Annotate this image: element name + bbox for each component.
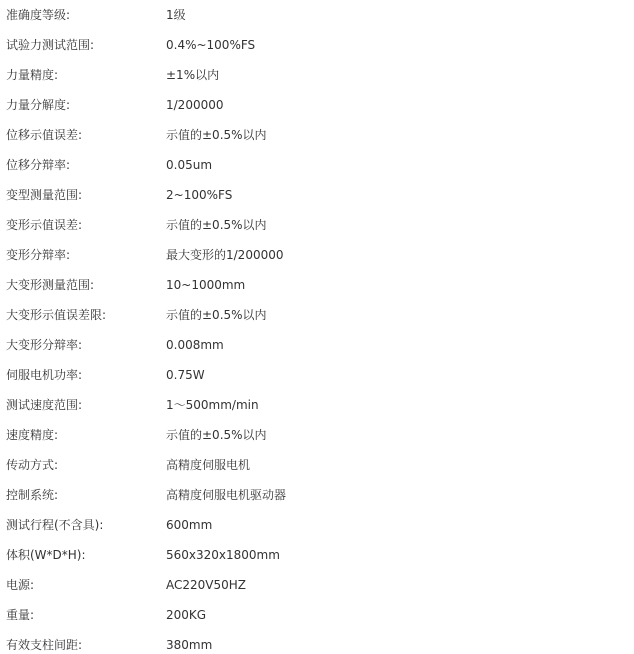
spec-label: 试验力测试范围:	[6, 30, 94, 60]
spec-row-force-accuracy: 力量精度: ±1%以内	[0, 60, 634, 90]
spec-row-displacement-error: 位移示值误差: 示值的±0.5%以内	[0, 120, 634, 150]
spec-label: 体积(W*D*H):	[6, 540, 86, 570]
spec-value: 200KG	[166, 600, 206, 630]
spec-label: 电源:	[6, 570, 34, 600]
spec-label: 变形示值误差:	[6, 210, 82, 240]
spec-value: 380mm	[166, 630, 212, 654]
spec-value: ±1%以内	[166, 60, 219, 90]
spec-value: AC220V50HZ	[166, 570, 246, 600]
spec-row-control-system: 控制系统: 高精度伺服电机驱动器	[0, 480, 634, 510]
spec-label: 位移分辩率:	[6, 150, 70, 180]
spec-row-column-spacing: 有效支柱间距: 380mm	[0, 630, 634, 654]
spec-table: 准确度等级: 1级 试验力测试范围: 0.4%~100%FS 力量精度: ±1%…	[0, 0, 634, 654]
spec-row-displacement-resolution: 位移分辩率: 0.05um	[0, 150, 634, 180]
spec-label: 大变形示值误差限:	[6, 300, 106, 330]
spec-row-accuracy-class: 准确度等级: 1级	[0, 0, 634, 30]
spec-value: 560x320x1800mm	[166, 540, 280, 570]
spec-row-large-deformation-range: 大变形测量范围: 10~1000mm	[0, 270, 634, 300]
spec-row-speed-accuracy: 速度精度: 示值的±0.5%以内	[0, 420, 634, 450]
spec-label: 传动方式:	[6, 450, 58, 480]
spec-row-large-deformation-error: 大变形示值误差限: 示值的±0.5%以内	[0, 300, 634, 330]
spec-label: 速度精度:	[6, 420, 58, 450]
spec-value: 最大变形的1/200000	[166, 240, 284, 270]
spec-label: 伺服电机功率:	[6, 360, 82, 390]
spec-label: 准确度等级:	[6, 0, 70, 30]
spec-value: 示值的±0.5%以内	[166, 300, 267, 330]
spec-value: 示值的±0.5%以内	[166, 210, 267, 240]
spec-value: 0.75W	[166, 360, 205, 390]
spec-value: 0.05um	[166, 150, 212, 180]
spec-value: 示值的±0.5%以内	[166, 120, 267, 150]
spec-row-weight: 重量: 200KG	[0, 600, 634, 630]
spec-value: 1～500mm/min	[166, 390, 259, 420]
spec-label: 大变形测量范围:	[6, 270, 94, 300]
spec-label: 测试速度范围:	[6, 390, 82, 420]
spec-value: 高精度伺服电机驱动器	[166, 480, 286, 510]
spec-label: 大变形分辩率:	[6, 330, 82, 360]
spec-row-test-stroke: 测试行程(不含具): 600mm	[0, 510, 634, 540]
spec-row-deformation-range: 变型测量范围: 2~100%FS	[0, 180, 634, 210]
spec-row-large-deformation-resolution: 大变形分辩率: 0.008mm	[0, 330, 634, 360]
spec-row-servo-power: 伺服电机功率: 0.75W	[0, 360, 634, 390]
spec-label: 力量分解度:	[6, 90, 70, 120]
spec-row-dimensions: 体积(W*D*H): 560x320x1800mm	[0, 540, 634, 570]
spec-row-force-range: 试验力测试范围: 0.4%~100%FS	[0, 30, 634, 60]
spec-row-deformation-error: 变形示值误差: 示值的±0.5%以内	[0, 210, 634, 240]
spec-value: 0.4%~100%FS	[166, 30, 255, 60]
spec-row-deformation-resolution: 变形分辩率: 最大变形的1/200000	[0, 240, 634, 270]
spec-value: 2~100%FS	[166, 180, 232, 210]
spec-row-transmission: 传动方式: 高精度伺服电机	[0, 450, 634, 480]
spec-value: 10~1000mm	[166, 270, 245, 300]
spec-value: 高精度伺服电机	[166, 450, 250, 480]
spec-value: 0.008mm	[166, 330, 224, 360]
spec-label: 控制系统:	[6, 480, 58, 510]
spec-value: 600mm	[166, 510, 212, 540]
spec-value: 1级	[166, 0, 186, 30]
spec-label: 有效支柱间距:	[6, 630, 82, 654]
spec-label: 力量精度:	[6, 60, 58, 90]
spec-label: 变形分辩率:	[6, 240, 70, 270]
spec-value: 示值的±0.5%以内	[166, 420, 267, 450]
spec-row-force-resolution: 力量分解度: 1/200000	[0, 90, 634, 120]
spec-label: 位移示值误差:	[6, 120, 82, 150]
spec-label: 测试行程(不含具):	[6, 510, 103, 540]
spec-label: 重量:	[6, 600, 34, 630]
spec-row-power-supply: 电源: AC220V50HZ	[0, 570, 634, 600]
spec-row-speed-range: 测试速度范围: 1～500mm/min	[0, 390, 634, 420]
spec-value: 1/200000	[166, 90, 224, 120]
spec-label: 变型测量范围:	[6, 180, 82, 210]
